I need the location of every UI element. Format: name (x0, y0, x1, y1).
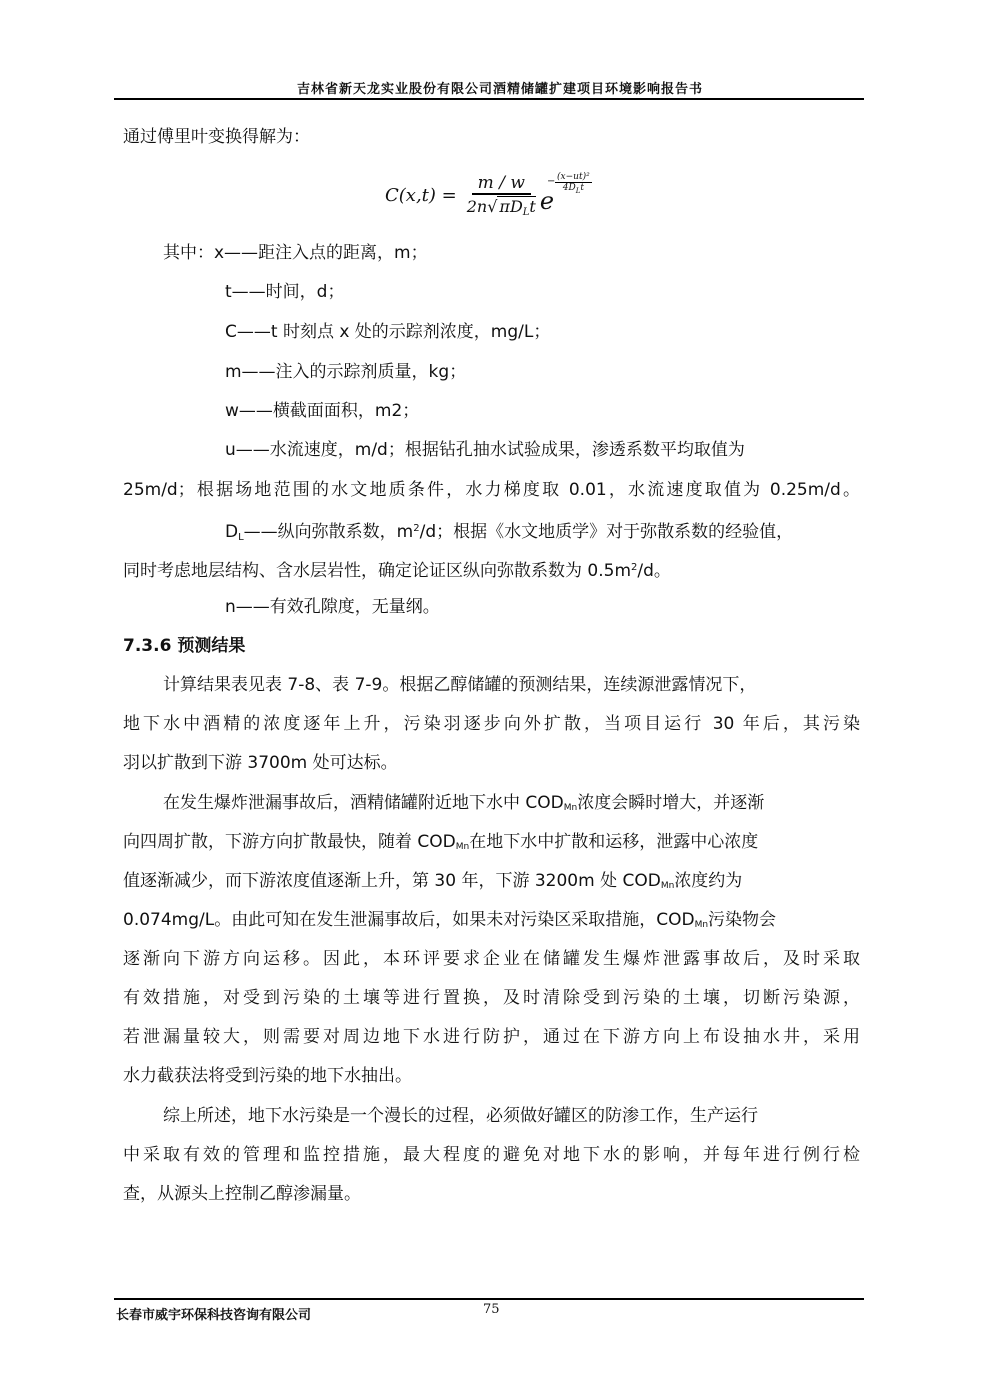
definition-x: 其中：x——距注入点的距离，m； (163, 243, 428, 263)
formula-lhs: C(x,t) = (385, 185, 457, 206)
paragraph-2-line: 0.074mg/L。由此可知在发生泄漏事故后，如果未对污染区采取措施，CODMn… (123, 910, 776, 935)
footer-divider (114, 1298, 864, 1300)
formula-exp-base: e (540, 187, 554, 215)
exponent-denominator: 4DLt (563, 183, 584, 195)
paragraph-2-line: 逐渐向下游方向运移。因此，本环评要求企业在储罐发生爆炸泄露事故后，及时采取 (123, 949, 860, 969)
formula-sqrt-body: πDLt (497, 196, 535, 216)
paragraph-2-line: 若泄漏量较大，则需要对周边地下水进行防护，通过在下游方向上布设抽水井，采用 (123, 1027, 860, 1047)
paragraph-2-line: 有效措施，对受到污染的土壤等进行置换，及时清除受到污染的土壤，切断污染源， (123, 988, 860, 1008)
definition-u-line1: u——水流速度，m/d；根据钻孔抽水试验成果，渗透系数平均取值为 (225, 440, 745, 460)
paragraph-2-line: 向四周扩散，下游方向扩散最快，随着 CODMn在地下水中扩散和运移，泄露中心浓度 (123, 832, 758, 857)
section-heading: 7.3.6 预测结果 (123, 636, 245, 656)
header-divider (114, 98, 864, 100)
definition-c: C——t 时刻点 x 处的示踪剂浓度，mg/L； (225, 322, 550, 342)
formula-fraction: m / w 2n√πDLt (467, 173, 536, 218)
paragraph-2-line: 值逐渐减少，而下游浓度值逐渐上升，第 30 年，下游 3200m 处 CODMn… (123, 871, 742, 896)
definition-dl-line1: DL——纵向弥散系数，m2/d；根据《水文地质学》对于弥散系数的经验值， (225, 519, 793, 548)
definition-n: n——有效孔隙度，无量纲。 (225, 597, 440, 617)
paragraph-3-line: 查，从源头上控制乙醇渗漏量。 (123, 1184, 361, 1204)
paragraph-2-line: 在发生爆炸泄漏事故后，酒精储罐附近地下水中 CODMn浓度会瞬时增大，并逐渐 (163, 793, 764, 818)
paragraph-2-line: 水力截获法将受到污染的地下水抽出。 (123, 1066, 412, 1086)
paragraph-3-line: 中采取有效的管理和监控措施，最大程度的避免对地下水的影响，并每年进行例行检 (123, 1145, 860, 1165)
page-number: 75 (483, 1302, 500, 1317)
formula-denominator: 2n√πDLt (467, 195, 536, 218)
footer-company: 长春市威宇环保科技咨询有限公司 (116, 1304, 311, 1323)
exponent-numerator: (x−ut)² (555, 172, 592, 183)
formula-exponent: − (x−ut)² 4DLt (555, 172, 592, 195)
paragraph-1-line: 地下水中酒精的浓度逐年上升，污染羽逐步向外扩散，当项目运行 30 年后，其污染 (123, 714, 860, 734)
paragraph-1-line: 羽以扩散到下游 3700m 处可达标。 (123, 753, 398, 773)
definition-m: m——注入的示踪剂质量，kg； (225, 362, 466, 382)
intro-text: 通过傅里叶变换得解为： (123, 127, 310, 147)
definition-t: t——时间，d； (225, 282, 344, 302)
report-title: 吉林省新天龙实业股份有限公司酒精储罐扩建项目环境影响报告书 (120, 78, 880, 97)
paragraph-3-line: 综上所述，地下水污染是一个漫长的过程，必须做好罐区的防渗工作，生产运行 (163, 1106, 758, 1126)
concentration-formula: C(x,t) = m / w 2n√πDLt e − (x−ut)² 4DLt (385, 165, 592, 225)
definition-w: w——横截面面积，m2； (225, 401, 419, 421)
definition-dl-line2: 同时考虑地层结构、含水层岩性，确定论证区纵向弥散系数为 0.5m2/d。 (123, 558, 671, 581)
formula-numerator: m / w (472, 173, 531, 195)
paragraph-1-line: 计算结果表见表 7-8、表 7-9。根据乙醇储罐的预测结果，连续源泄露情况下， (163, 675, 756, 695)
sqrt-icon: √ (487, 197, 497, 216)
definition-u-line2: 25m/d；根据场地范围的水文地质条件，水力梯度取 0.01，水流速度取值为 0… (123, 480, 860, 500)
